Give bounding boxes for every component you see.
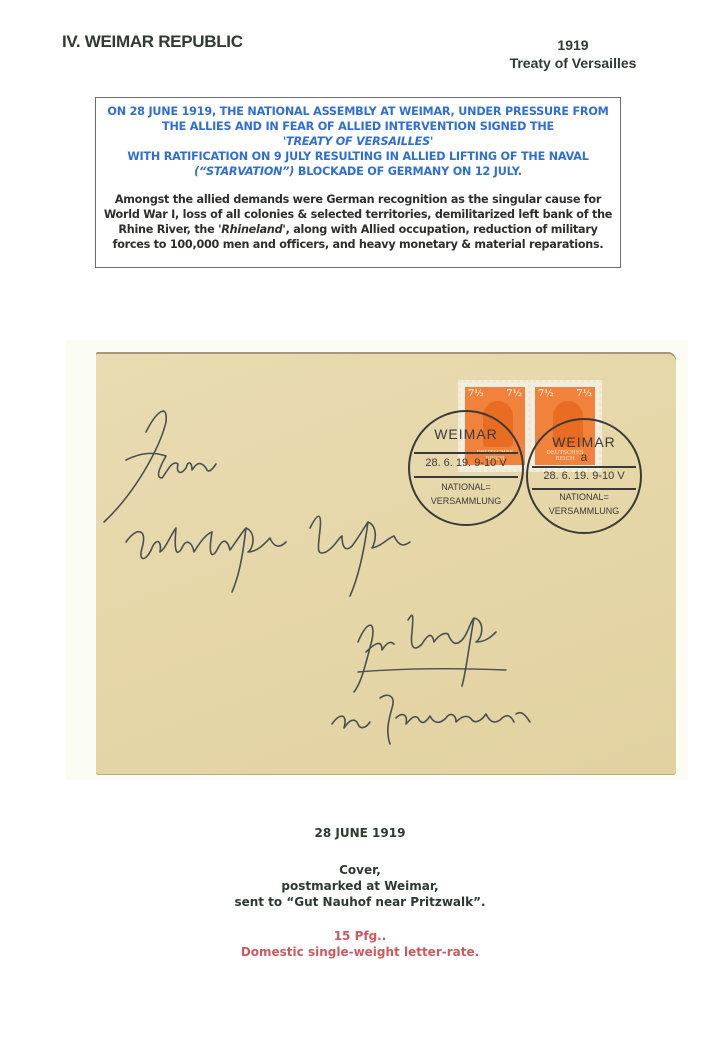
year: 1919 <box>458 36 658 54</box>
section-title: IV. WEIMAR REPUBLIC <box>62 32 243 52</box>
info-box-headline: ON 28 JUNE 1919, THE NATIONAL ASSEMBLY A… <box>96 104 620 179</box>
handwritten-address <box>96 352 676 775</box>
page-heading: 1919 Treaty of Versailles <box>458 36 658 72</box>
postage-rate: 15 Pfg.. Domestic single-weight letter-r… <box>0 928 720 960</box>
cover-envelope: 7½ 7½ DEUTSCHES REICH 7½ 7½ DEUTSCHES RE… <box>96 352 676 775</box>
page-subtitle: Treaty of Versailles <box>458 54 658 72</box>
info-box-body: Amongst the allied demands were German r… <box>96 192 620 252</box>
cover-date: 28 JUNE 1919 <box>0 826 720 840</box>
cover-description: Cover, postmarked at Weimar, sent to “Gu… <box>0 862 720 910</box>
info-box: ON 28 JUNE 1919, THE NATIONAL ASSEMBLY A… <box>95 97 621 268</box>
